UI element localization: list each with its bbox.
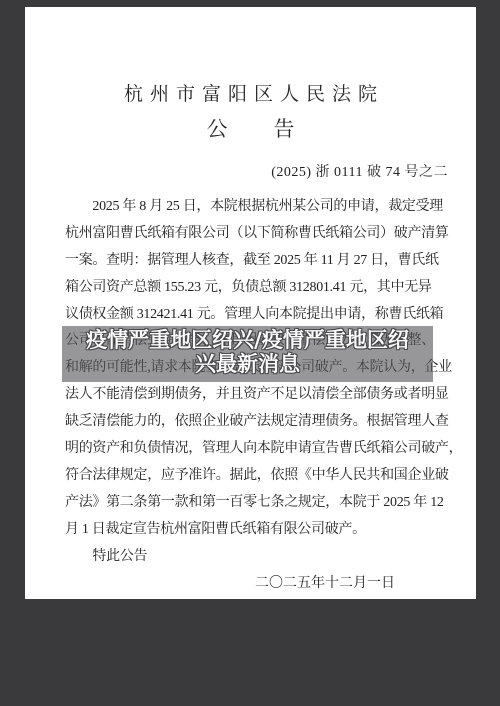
body-line: 符合法律规定，应予准许。据此，依照《中华人民共和国企业破 bbox=[65, 463, 448, 490]
body-line: 法人不能清偿到期债务，并且资产不足以清偿全部债务或者明显 bbox=[65, 382, 448, 409]
body-line: 产法》第二条第一款和第一百零七条之规定，本院于 2025 年 12 bbox=[65, 490, 448, 517]
court-name-heading: 杭州市富阳区人民法院 bbox=[25, 81, 476, 108]
scan-background: 杭州市富阳区人民法院 公 告 (2025) 浙 0111 破 74 号之二 20… bbox=[0, 0, 500, 706]
body-line: 箱公司资产总额 155.23 元，负债总额 312801.41 元，其中无异 bbox=[65, 275, 448, 302]
body-line: 杭州富阳曹氏纸箱有限公司（以下简称曹氏纸箱公司）破产清算 bbox=[65, 221, 448, 248]
body-line: 月 1 日裁定宣告杭州富阳曹氏纸箱有限公司破产。 bbox=[65, 517, 448, 544]
body-line: 一案。查明：据管理人核查，截至 2025 年 11 月 27 日，曹氏纸 bbox=[65, 248, 448, 275]
notice-title: 公 告 bbox=[25, 115, 476, 143]
body-line: 明的资产和负债情况，管理人向本院申请宣告曹氏纸箱公司破产， bbox=[65, 436, 448, 463]
document-page: 杭州市富阳区人民法院 公 告 (2025) 浙 0111 破 74 号之二 20… bbox=[25, 7, 476, 599]
body-line: 缺乏清偿能力的，依照企业破产法规定清理债务。根据管理人查 bbox=[65, 409, 448, 436]
issue-date: 二〇二五年十二月一日 bbox=[25, 570, 476, 597]
body-line: 议债权金额 312421.41 元。管理人向本院提出申请，称曹氏纸箱 bbox=[65, 302, 448, 329]
body-line: 2025 年 8 月 25 日，本院根据杭州某公司的申请，裁定受理 bbox=[65, 194, 448, 221]
watermark-band: 疫情严重地区绍兴/疫情严重地区绍 兴最新消息 bbox=[62, 326, 433, 382]
notice-title-char2: 告 bbox=[274, 115, 295, 143]
body-paragraph: 2025 年 8 月 25 日，本院根据杭州某公司的申请，裁定受理杭州富阳曹氏纸… bbox=[65, 194, 448, 570]
body-line: 特此公告 bbox=[65, 544, 448, 571]
case-number: (2025) 浙 0111 破 74 号之二 bbox=[25, 162, 476, 184]
notice-title-char1: 公 bbox=[207, 115, 228, 143]
watermark-text-line2: 兴最新消息 bbox=[62, 352, 433, 376]
watermark-text-line1: 疫情严重地区绍兴/疫情严重地区绍 bbox=[62, 328, 433, 352]
